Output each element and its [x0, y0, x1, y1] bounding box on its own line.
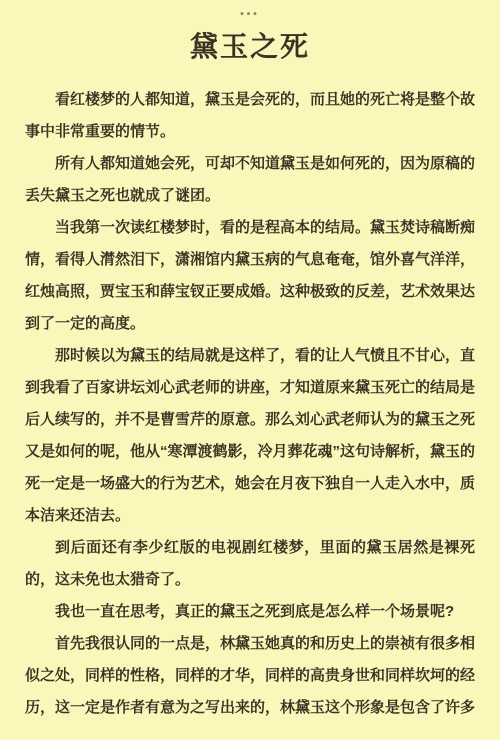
article-paragraph: 我也一直在思考，真正的黛玉之死到底是怎么样一个场景呢? — [25, 596, 475, 628]
article-paragraph: 那时候以为黛玉的结局就是这样了，看的让人气愤且不甘心，直到我看了百家讲坛刘心武老… — [25, 340, 475, 532]
ellipsis-icon: ••• — [240, 10, 260, 20]
article-title: 黛玉之死 — [0, 32, 500, 62]
article-paragraph: 首先我很认同的一点是，林黛玉她真的和历史上的崇祯有很多相似之处，同样的性格，同样… — [25, 628, 475, 724]
article-paragraph: 当我第一次读红楼梦时，看的是程高本的结局。黛玉焚诗稿断痴情，看得人潸然泪下，潇湘… — [25, 212, 475, 340]
article-body: 看红楼梦的人都知道，黛玉是会死的，而且她的死亡将是整个故事中非常重要的情节。 所… — [0, 84, 500, 724]
article-paragraph: 所有人都知道她会死，可却不知道黛玉是如何死的，因为原稿的丢失黛玉之死也就成了谜团… — [25, 148, 475, 212]
ellipsis-row: ••• — [0, 0, 500, 14]
article-paragraph: 看红楼梦的人都知道，黛玉是会死的，而且她的死亡将是整个故事中非常重要的情节。 — [25, 84, 475, 148]
article-paragraph: 到后面还有李少红版的电视剧红楼梦，里面的黛玉居然是裸死的，这未免也太猎奇了。 — [25, 532, 475, 596]
reader-page: ••• 黛玉之死 看红楼梦的人都知道，黛玉是会死的，而且她的死亡将是整个故事中非… — [0, 0, 500, 740]
